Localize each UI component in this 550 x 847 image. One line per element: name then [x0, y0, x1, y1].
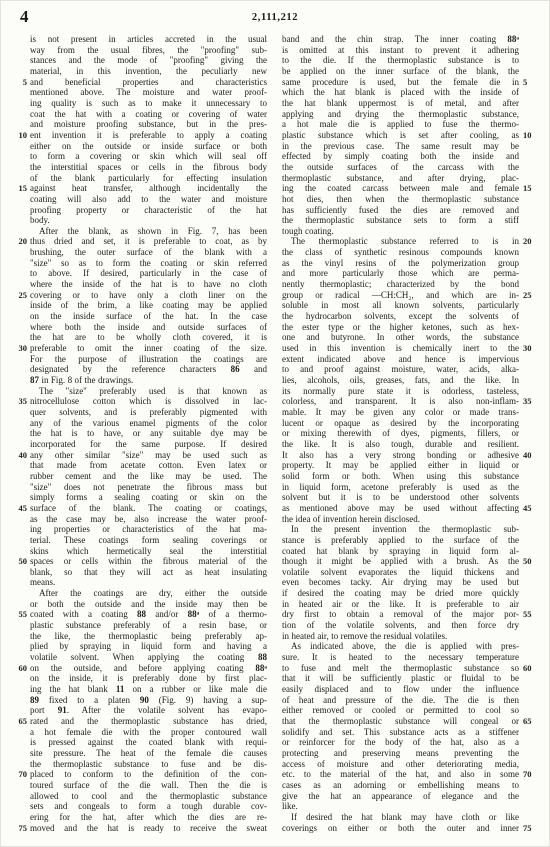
text-line: a hot male die is applied to fuse the th… — [282, 119, 519, 130]
line-number-spacer — [523, 407, 543, 418]
text-line: band and the chin strap. The inner coati… — [282, 34, 519, 45]
line-number: 10 — [523, 130, 543, 141]
line-number-spacer — [523, 119, 543, 130]
text-line: ering for the hat, after which the dies … — [30, 812, 267, 823]
text-line: used in this invention is chemically ine… — [282, 343, 519, 354]
text-line: though it might be applied with a brush.… — [282, 556, 519, 567]
line-number-spacer — [523, 375, 543, 386]
text-line: that made from acetate cotton. Even late… — [30, 460, 267, 471]
line-number-spacer — [7, 375, 27, 386]
text-line: solvent but it is to be understood other… — [282, 492, 519, 503]
line-number-spacer — [523, 205, 543, 216]
line-number-spacer — [7, 428, 27, 439]
patent-page: 4 2,111,212 5101520253035404550556065707… — [0, 0, 550, 847]
text-line: coated with a coating 88 and/or 88ᵃ of a… — [30, 609, 267, 620]
line-number-spacer — [7, 546, 27, 557]
left-line-number-gutter: 51015202530354045505560657075 — [7, 34, 30, 833]
line-number-spacer — [7, 652, 27, 663]
line-number-spacer — [7, 759, 27, 770]
text-line: port 91. After the volatile solvent has … — [30, 705, 267, 716]
line-number-spacer — [7, 439, 27, 450]
text-line: the outside surfaces of the carcass with… — [282, 162, 519, 173]
text-line: dry first to obtain a removal of the maj… — [282, 609, 519, 620]
text-line: the hydrocarbon solvents, except the sol… — [282, 311, 519, 322]
line-number: 5 — [7, 77, 27, 88]
text-line: "size" does not penetrate the fibrous ma… — [30, 482, 267, 493]
line-number: 35 — [7, 396, 27, 407]
text-line: solid form or both. When using this subs… — [282, 471, 519, 482]
text-line: same procedure is used, but the female d… — [282, 77, 519, 88]
line-number-spacer — [7, 162, 27, 173]
text-line: terial. These coatings form sealing cove… — [30, 535, 267, 546]
line-number: 20 — [7, 236, 27, 247]
text-line: if desired the coating may be dried more… — [282, 588, 519, 599]
text-line: body. — [30, 215, 267, 226]
line-number-spacer — [7, 492, 27, 503]
line-number-spacer — [7, 695, 27, 706]
text-line: the like, the thermoplastic being prefer… — [30, 631, 267, 642]
text-line: is omitted at this instant to prevent it… — [282, 45, 519, 56]
text-line: ing properties or characteristics of the… — [30, 524, 267, 535]
line-number: 30 — [7, 343, 27, 354]
text-line: against heat transfer, although incident… — [30, 183, 267, 194]
line-number-spacer — [7, 460, 27, 471]
line-number-spacer — [523, 631, 543, 642]
text-line: or reinforcer for the body of the hat, a… — [282, 737, 519, 748]
text-columns: 51015202530354045505560657075 is not pre… — [0, 32, 550, 833]
line-number-spacer — [523, 34, 543, 45]
line-number: 15 — [7, 183, 27, 194]
line-number-spacer — [7, 535, 27, 546]
text-line: applying and drying the thermoplastic su… — [282, 109, 519, 120]
line-number-spacer — [523, 588, 543, 599]
text-line: coat the hat with a coating or covering … — [30, 109, 267, 120]
line-number-spacer — [7, 55, 27, 66]
text-line: simply forms a sealing coating or skin o… — [30, 492, 267, 503]
line-number-spacer — [7, 311, 27, 322]
line-number-spacer — [7, 801, 27, 812]
text-line: any other similar "size" may be used suc… — [30, 450, 267, 461]
text-line: either on the outside or inside surface … — [30, 141, 267, 152]
text-line: stance is preferably applied to the surf… — [282, 535, 519, 546]
line-number-spacer — [523, 418, 543, 429]
line-number-spacer — [7, 567, 27, 578]
text-line: as the vinyl resins of the polymerizatio… — [282, 258, 519, 269]
text-line: quer solvents, and is preferably pigment… — [30, 407, 267, 418]
text-line: 89 fixed to a platen 90 (Fig. 9) having … — [30, 695, 267, 706]
text-line: way from the usual fibres, the "proofing… — [30, 45, 267, 56]
line-number-spacer — [523, 109, 543, 120]
line-number: 45 — [7, 503, 27, 514]
text-line: in the previous case. The same result ma… — [282, 141, 519, 152]
line-number: 55 — [523, 609, 543, 620]
line-number-spacer — [7, 98, 27, 109]
text-line: which the hat blank is placed with the i… — [282, 87, 519, 98]
line-number-spacer — [523, 386, 543, 397]
text-line: brushing, the outer surface of the blank… — [30, 247, 267, 258]
line-number-spacer — [7, 354, 27, 365]
text-line: thus dried and set, it is preferable to … — [30, 236, 267, 247]
text-line: on the inside surface of the hat. In the… — [30, 311, 267, 322]
line-number-spacer — [523, 684, 543, 695]
line-number-spacer — [7, 791, 27, 802]
text-line: protecting and preserving means preventi… — [282, 748, 519, 759]
line-number: 15 — [523, 183, 543, 194]
text-line: access of moisture and other deteriorati… — [282, 759, 519, 770]
text-line: or mixing therewith of dyes, pigments, f… — [282, 428, 519, 439]
text-line: toured surface of the die wall. Then the… — [30, 780, 267, 791]
text-line: incorporated for the same purpose. If de… — [30, 439, 267, 450]
line-number-spacer — [523, 514, 543, 525]
text-line: in liquid form, acetone preferably is us… — [282, 482, 519, 493]
line-number-spacer — [523, 791, 543, 802]
left-text-column: is not present in articles accreted in t… — [30, 34, 267, 833]
line-number: 5 — [523, 77, 543, 88]
text-line: and beneficial properties and characteri… — [30, 77, 267, 88]
line-number-spacer — [7, 141, 27, 152]
line-number-spacer — [523, 226, 543, 237]
text-line: coated hat blank by spraying in liquid f… — [282, 546, 519, 557]
line-number-spacer — [523, 705, 543, 716]
text-line: lucent or opaque as desired by the incor… — [282, 418, 519, 429]
text-line: any of the various enamel pigments of th… — [30, 418, 267, 429]
text-line: the interstitial spaces or cells in the … — [30, 162, 267, 173]
text-line: of the blank particularly for effecting … — [30, 173, 267, 184]
text-line: the hat are to be wholly cloth covered, … — [30, 332, 267, 343]
line-number-spacer — [7, 268, 27, 279]
text-line: sets and congeals to form a tough durabl… — [30, 801, 267, 812]
line-number-spacer — [7, 684, 27, 695]
line-number-spacer — [523, 524, 543, 535]
line-number-spacer — [523, 364, 543, 375]
line-number: 70 — [7, 769, 27, 780]
text-line: mable. It may be given any color or made… — [282, 407, 519, 418]
text-line: tough coating. — [282, 226, 519, 237]
line-number: 45 — [523, 503, 543, 514]
text-line: cases as an adorning or embellishing mea… — [282, 780, 519, 791]
line-number-spacer — [7, 748, 27, 759]
line-number-spacer — [7, 514, 27, 525]
right-line-number-gutter: 51015202530354045505560657075 — [519, 34, 543, 833]
text-line: "size" so as to form the coating or skin… — [30, 258, 267, 269]
text-line: one and butyrone. In other words, the su… — [282, 332, 519, 343]
text-line: or both the outside and the inside may t… — [30, 599, 267, 610]
text-line: coating will also add to the water and m… — [30, 194, 267, 205]
text-line: the ester type or the higher ketones, su… — [282, 322, 519, 333]
line-number-spacer — [7, 194, 27, 205]
line-number: 65 — [7, 716, 27, 727]
line-number-spacer — [523, 45, 543, 56]
text-line: and more particularly those which are pe… — [282, 268, 519, 279]
line-number-spacer — [523, 652, 543, 663]
line-number-spacer — [523, 332, 543, 343]
line-number-spacer — [7, 737, 27, 748]
line-number-spacer — [523, 215, 543, 226]
text-line: is pressed against the coated blank with… — [30, 737, 267, 748]
text-line: even becomes tacky. Air drying may be us… — [282, 577, 519, 588]
text-line: As indicated above, the die is applied w… — [282, 641, 519, 652]
line-number-spacer — [7, 641, 27, 652]
line-number-spacer — [523, 66, 543, 77]
line-number: 10 — [7, 130, 27, 141]
right-text-column: band and the chin strap. The inner coati… — [282, 34, 519, 833]
line-number-spacer — [523, 98, 543, 109]
line-number-spacer — [523, 577, 543, 588]
text-line: a hot female die with the proper contour… — [30, 727, 267, 738]
line-number-spacer — [7, 620, 27, 631]
line-number-spacer — [7, 258, 27, 269]
text-line: the like. It is also tough, durable and … — [282, 439, 519, 450]
line-number-spacer — [523, 546, 543, 557]
text-line: the thermoplastic substance sets to form… — [282, 215, 519, 226]
line-number-spacer — [523, 780, 543, 791]
text-line: mentioned above. The moisture and water … — [30, 87, 267, 98]
line-number: 25 — [523, 290, 543, 301]
line-number-spacer — [523, 258, 543, 269]
line-number-spacer — [523, 727, 543, 738]
line-number: 55 — [7, 609, 27, 620]
line-number-spacer — [523, 482, 543, 493]
line-number: 50 — [7, 556, 27, 567]
text-line: The "size" preferably used is that known… — [30, 386, 267, 397]
line-number-spacer — [523, 354, 543, 365]
text-line: ent invention it is preferable to apply … — [30, 130, 267, 141]
text-line: If desired the hat blank may have cloth … — [282, 812, 519, 823]
text-line: group or radical —CH:CH₂, and which are … — [282, 290, 519, 301]
line-number-spacer — [7, 588, 27, 599]
text-line: the thermoplastic substance to fuse and … — [30, 759, 267, 770]
text-line: ing quality is such as to make it unnece… — [30, 98, 267, 109]
text-line: spaces or cells within the fibrous mater… — [30, 556, 267, 567]
line-number-spacer — [7, 119, 27, 130]
line-number-spacer — [523, 311, 543, 322]
text-line: nitrocellulose cotton which is dissolved… — [30, 396, 267, 407]
text-line: etc. to the material of the hat, and als… — [282, 769, 519, 780]
line-number: 60 — [7, 663, 27, 674]
text-line: effected by simply coating both the insi… — [282, 151, 519, 162]
text-line: ing the coated carcass between male and … — [282, 183, 519, 194]
text-line: lies, alcohols, oils, greases, fats, and… — [282, 375, 519, 386]
line-number-spacer — [523, 641, 543, 652]
line-number-spacer — [7, 332, 27, 343]
text-line: extent indicated above and hence is impe… — [282, 354, 519, 365]
text-line: hot dies, then when the thermoplastic su… — [282, 194, 519, 205]
text-line: moved and the hat is ready to receive th… — [30, 823, 267, 834]
line-number-spacer — [7, 418, 27, 429]
text-line: In the present invention the thermoplast… — [282, 524, 519, 535]
text-line: that it will be sufficiently plastic or … — [282, 673, 519, 684]
text-line: to form a covering or skin which will se… — [30, 151, 267, 162]
line-number-spacer — [523, 322, 543, 333]
text-line: soluble in most all known solvents, part… — [282, 300, 519, 311]
line-number-spacer — [523, 428, 543, 439]
line-number-spacer — [7, 66, 27, 77]
line-number-spacer — [523, 535, 543, 546]
text-line: in heated air or the like. It is prefera… — [282, 599, 519, 610]
line-number-spacer — [7, 300, 27, 311]
line-number-spacer — [7, 471, 27, 482]
line-number-spacer — [7, 577, 27, 588]
line-number-spacer — [523, 492, 543, 503]
line-number: 60 — [523, 663, 543, 674]
text-line: the hat is to have, or any suitable dye … — [30, 428, 267, 439]
text-line: blank, so that they will act as heat ins… — [30, 567, 267, 578]
line-number-spacer — [7, 151, 27, 162]
line-number-spacer — [7, 215, 27, 226]
line-number-spacer — [7, 407, 27, 418]
line-number-spacer — [7, 205, 27, 216]
line-number-spacer — [523, 151, 543, 162]
line-number: 75 — [7, 823, 27, 834]
text-line: ing the hat blank 11 on a rubber or like… — [30, 684, 267, 695]
line-number-spacer — [7, 226, 27, 237]
text-line: 87 in Fig. 8 of the drawings. — [30, 375, 267, 386]
line-number-spacer — [523, 471, 543, 482]
line-number-spacer — [523, 620, 543, 631]
line-number-spacer — [523, 737, 543, 748]
line-number-spacer — [523, 567, 543, 578]
text-line: plastic substance which is set after coo… — [282, 130, 519, 141]
line-number-spacer — [7, 109, 27, 120]
line-number-spacer — [523, 162, 543, 173]
line-number-spacer — [523, 173, 543, 184]
text-line: After the coatings are dry, either the o… — [30, 588, 267, 599]
text-line: where the inside of the hat is to have n… — [30, 279, 267, 290]
text-line: volatile solvent evaporates the liquid t… — [282, 567, 519, 578]
text-line: For the purpose of illustration the coat… — [30, 354, 267, 365]
line-number: 25 — [7, 290, 27, 301]
text-line: where both the inside and outside surfac… — [30, 322, 267, 333]
text-line: nently thermoplastic; characterized by t… — [282, 279, 519, 290]
line-number-spacer — [523, 194, 543, 205]
line-number-spacer — [7, 705, 27, 716]
text-line: The thermoplastic substance referred to … — [282, 236, 519, 247]
text-line: has sufficiently fused the dies are remo… — [282, 205, 519, 216]
line-number-spacer — [523, 759, 543, 770]
line-number-spacer — [7, 322, 27, 333]
line-number-spacer — [523, 599, 543, 610]
line-number-spacer — [523, 460, 543, 471]
text-line: means. — [30, 577, 267, 588]
text-line: coverings on either or both the outer an… — [282, 823, 519, 834]
line-number-spacer — [523, 439, 543, 450]
line-number: 50 — [523, 556, 543, 567]
text-line: inside of the brim, a like coating may b… — [30, 300, 267, 311]
text-line: solidify and set. This substance acts as… — [282, 727, 519, 738]
text-line: rubber cement and the like may be used. … — [30, 471, 267, 482]
line-number: 40 — [523, 450, 543, 461]
text-line: the class of synthetic resinous compound… — [282, 247, 519, 258]
text-line: is not present in articles accreted in t… — [30, 34, 267, 45]
text-line: that the thermoplastic substance will co… — [282, 716, 519, 727]
line-number-spacer — [523, 801, 543, 812]
text-line: as mentioned above may be used without a… — [282, 503, 519, 514]
text-line: surface of the blank. The coating or coa… — [30, 503, 267, 514]
line-number: 40 — [7, 450, 27, 461]
text-line: proofing property or characteristic of t… — [30, 205, 267, 216]
line-number-spacer — [523, 141, 543, 152]
line-number-spacer — [7, 482, 27, 493]
line-number: 65 — [523, 716, 543, 727]
text-line: be applied on the inner surface of the b… — [282, 66, 519, 77]
line-number-spacer — [7, 780, 27, 791]
line-number-spacer — [523, 673, 543, 684]
text-line: plastic substance preferably of a resin … — [30, 620, 267, 631]
line-number-spacer — [523, 279, 543, 290]
line-number-spacer — [7, 524, 27, 535]
text-line: sure. It is heated to the necessary temp… — [282, 652, 519, 663]
line-number-spacer — [7, 45, 27, 56]
line-number-spacer — [7, 279, 27, 290]
line-number-spacer — [7, 247, 27, 258]
text-line: plied by spraying in liquid form and hav… — [30, 641, 267, 652]
text-line: After the blank, as shown in Fig. 7, has… — [30, 226, 267, 237]
text-line: in heated air, to remove the residual vo… — [282, 631, 519, 642]
line-number-spacer — [523, 87, 543, 98]
text-line: placed to conform to the definition of t… — [30, 769, 267, 780]
line-number-spacer — [7, 727, 27, 738]
line-number-spacer — [523, 812, 543, 823]
line-number: 70 — [523, 769, 543, 780]
line-number-spacer — [7, 364, 27, 375]
text-line: the hat blank uppermost is of metal, and… — [282, 98, 519, 109]
line-number-spacer — [523, 748, 543, 759]
line-number-spacer — [523, 268, 543, 279]
text-line: thermoplastic substance, and after dryin… — [282, 173, 519, 184]
text-line: designated by the reference characters 8… — [30, 364, 267, 375]
text-line: covering or to have only a cloth liner o… — [30, 290, 267, 301]
text-line: property. It may be applied either in li… — [282, 460, 519, 471]
text-line: tion of the volatile solvents, and then … — [282, 620, 519, 631]
text-line: rated and the thermoplastic substance ha… — [30, 716, 267, 727]
text-line: its normally pure state it is odorless, … — [282, 386, 519, 397]
line-number-spacer — [7, 631, 27, 642]
line-number: 30 — [523, 343, 543, 354]
line-number-spacer — [7, 87, 27, 98]
text-line: and moisture proofing substance, but in … — [30, 119, 267, 130]
text-line: as the case may be, also increase the wa… — [30, 514, 267, 525]
patent-number: 2,111,212 — [0, 12, 550, 23]
text-line: either removed or cooled or permitted to… — [282, 705, 519, 716]
line-number-spacer — [7, 173, 27, 184]
text-line: to fuse and melt the thermoplastic subst… — [282, 663, 519, 674]
text-line: colorless, and transparent. It is also n… — [282, 396, 519, 407]
line-number-spacer — [7, 812, 27, 823]
page-header: 4 2,111,212 — [0, 0, 550, 32]
text-line: to and proof against moisture, water, ac… — [282, 364, 519, 375]
text-line: It also has a very strong bonding or adh… — [282, 450, 519, 461]
text-line: on the inside, it is preferably done by … — [30, 673, 267, 684]
line-number-spacer — [7, 34, 27, 45]
text-line: give the hat an appearance of elegance a… — [282, 791, 519, 802]
text-line: allowed to cool and the thermoplastic su… — [30, 791, 267, 802]
text-line: stances and the mode of "proofing" givin… — [30, 55, 267, 66]
line-number-spacer — [7, 599, 27, 610]
text-line: skins which hermetically seal the inters… — [30, 546, 267, 557]
text-line: like. — [282, 801, 519, 812]
line-number-spacer — [7, 386, 27, 397]
text-line: to the die. If the thermoplastic substan… — [282, 55, 519, 66]
text-line: preferable to omit the inner coating of … — [30, 343, 267, 354]
text-line: of heat and pressure of the die. The die… — [282, 695, 519, 706]
line-number: 20 — [523, 236, 543, 247]
text-line: on the outside, and before applying coat… — [30, 663, 267, 674]
text-line: to above. If desired, particularly in th… — [30, 268, 267, 279]
line-number-spacer — [523, 247, 543, 258]
text-line: easily displaced and to flow under the i… — [282, 684, 519, 695]
line-number: 75 — [523, 823, 543, 834]
line-number-spacer — [523, 55, 543, 66]
